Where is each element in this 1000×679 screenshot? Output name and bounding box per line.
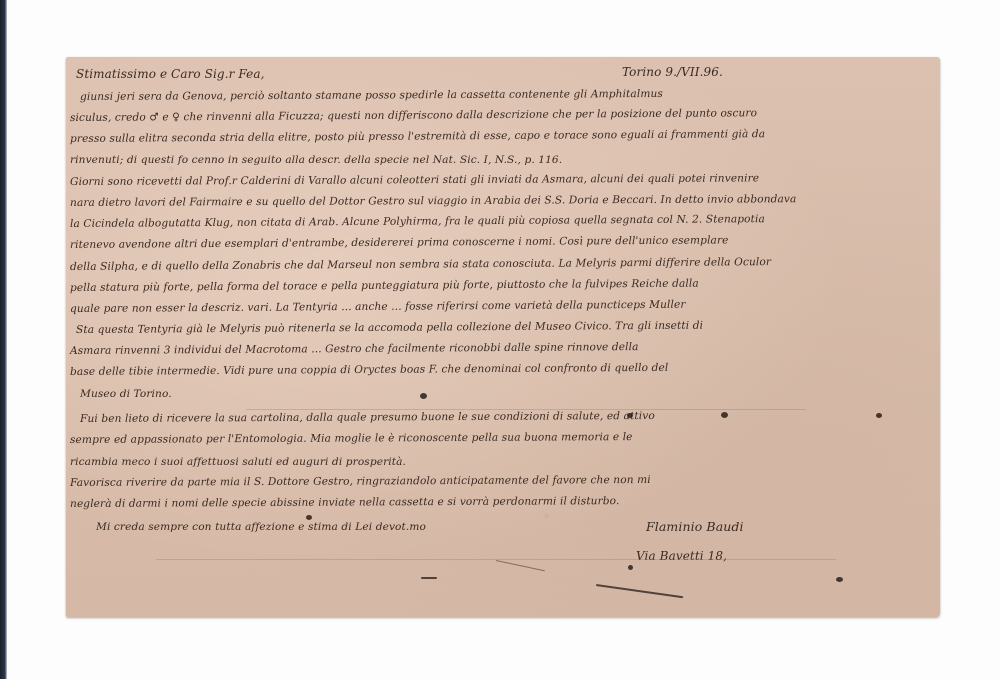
ink-blot bbox=[721, 412, 728, 418]
body-line: quale pare non esser la descriz. vari. L… bbox=[70, 299, 686, 315]
ink-stroke bbox=[421, 577, 437, 579]
signature: Flaminio Baudi bbox=[646, 519, 744, 534]
body-line: Museo di Torino. bbox=[80, 388, 172, 400]
ink-stroke bbox=[496, 560, 545, 571]
body-line: presso sulla elitra seconda stria della … bbox=[70, 128, 765, 145]
body-line: giunsi jeri sera da Genova, perciò solta… bbox=[80, 88, 663, 103]
body-line: base delle tibie intermedie. Vidi pure u… bbox=[70, 362, 668, 378]
ink-blot bbox=[420, 393, 427, 399]
ink-blot bbox=[628, 565, 633, 570]
body-line: sempre ed appassionato per l'Entomologia… bbox=[70, 431, 633, 446]
ink-blot bbox=[627, 413, 633, 418]
closing-line: Mi creda sempre con tutta affezione e st… bbox=[96, 521, 426, 533]
body-line: Sta questa Tentyria già le Melyris può r… bbox=[76, 320, 703, 336]
place-date: Torino 9./VII.96. bbox=[622, 65, 723, 79]
postcard: Stimatissimo e Caro Sig.r Fea, Torino 9.… bbox=[66, 57, 940, 617]
body-line: pella statura più forte, pella forma del… bbox=[70, 278, 699, 294]
body-line: Fui ben lieto di ricevere la sua cartoli… bbox=[80, 410, 655, 425]
body-line: nara dietro lavori del Fairmaire e su qu… bbox=[70, 193, 796, 209]
ink-blot bbox=[876, 413, 882, 418]
body-line: ricambia meco i suoi affettuosi saluti e… bbox=[70, 456, 406, 468]
body-line: Asmara rinvenni 3 individui del Macrotom… bbox=[70, 341, 639, 357]
body-line: ritenevo avendone altri due esemplari d'… bbox=[70, 234, 729, 251]
body-line: della Silpha, e di quello della Zonabris… bbox=[70, 256, 771, 273]
body-line: neglerà di darmi i nomi delle specie abi… bbox=[70, 495, 619, 510]
ink-stroke bbox=[596, 584, 683, 598]
salutation: Stimatissimo e Caro Sig.r Fea, bbox=[76, 67, 265, 81]
body-line: siculus, credo ♂ e ♀ che rinvenni alla F… bbox=[70, 107, 757, 124]
ink-blot bbox=[306, 515, 312, 520]
ink-blot bbox=[836, 577, 843, 582]
printed-rule bbox=[246, 409, 806, 410]
body-line: rinvenuti; di questi fo cenno in seguito… bbox=[70, 154, 562, 166]
body-line: la Cicindela albogutatta Klug, non citat… bbox=[70, 213, 765, 230]
scanner-edge-strip bbox=[0, 0, 7, 679]
body-line: Giorni sono ricevetti dal Prof.r Calderi… bbox=[70, 172, 759, 188]
address: Via Bavetti 18, bbox=[636, 549, 727, 563]
body-line: Favorisca riverire da parte mia il S. Do… bbox=[70, 474, 651, 489]
